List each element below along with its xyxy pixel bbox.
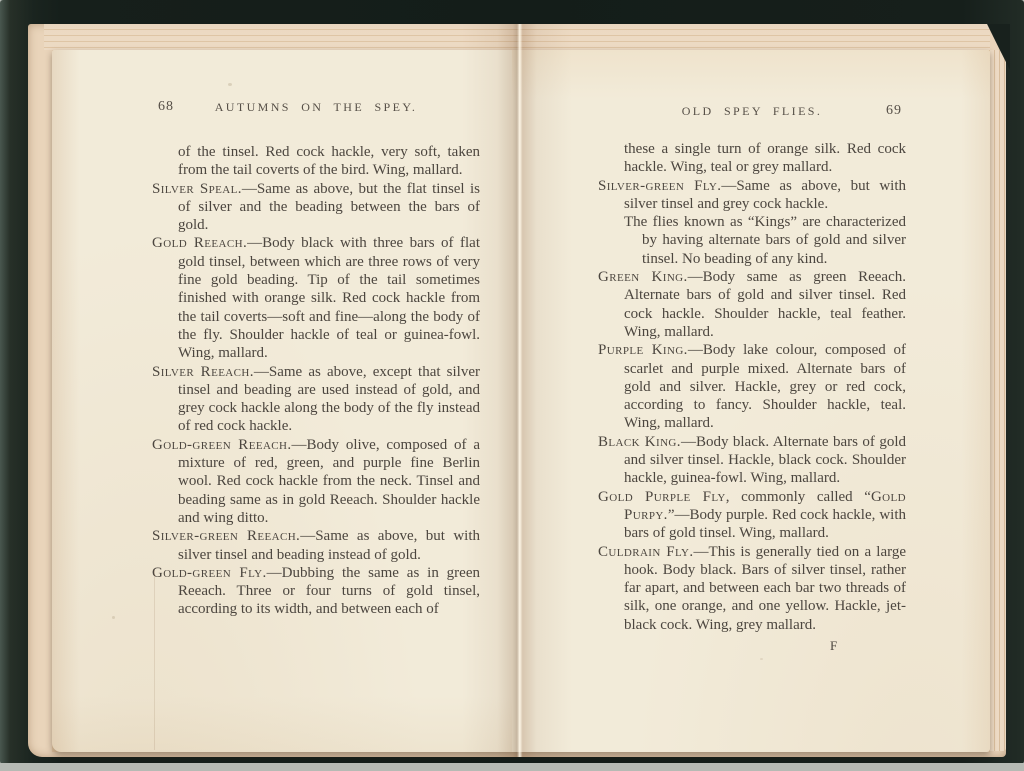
paragraph-text: of the tinsel. Red cock hackle, very sof… — [178, 144, 480, 178]
fly-name: Culdrain Fly. — [598, 544, 694, 560]
paragraph-text: these a single turn of orange silk. Red … — [624, 141, 906, 175]
right-page-body: these a single turn of orange silk. Red … — [598, 140, 906, 654]
fly-entry-purple-king: Purple King.—Body lake colour, composed … — [598, 341, 906, 432]
fly-name: Black King. — [598, 434, 681, 450]
fly-name: Silver Reeach. — [152, 364, 254, 380]
fly-description: , commonly called “ — [726, 489, 871, 505]
fly-name: Silver-green Reeach. — [152, 528, 300, 544]
fly-entry-gold-green-fly: Gold-green Fly.—Dubbing the same as in g… — [152, 564, 480, 619]
right-page-number: 69 — [886, 103, 902, 119]
fly-entry-culdrain-fly: Culdrain Fly.—This is generally tied on … — [598, 543, 906, 634]
fly-entry-silver-reeach: Silver Reeach.—Same as above, except tha… — [152, 363, 480, 436]
right-running-header: OLD SPEY FLIES. 69 — [598, 104, 906, 120]
right-header-title: OLD SPEY FLIES. — [598, 104, 906, 119]
fly-entry-silver-green-reeach: Silver-green Reeach.—Same as above, but … — [152, 527, 480, 564]
fly-entry-silver-speal: Silver Speal.—Same as above, but the fla… — [152, 180, 480, 235]
fly-name: Silver-green Fly. — [598, 178, 721, 194]
fly-name: Silver Speal. — [152, 181, 242, 197]
fly-entry-gold-reeach: Gold Reeach.—Body black with three bars … — [152, 234, 480, 362]
fly-entry-gold-purple-fly: Gold Purple Fly, commonly called “Gold P… — [598, 488, 906, 543]
fly-name: Gold-green Fly. — [152, 565, 267, 581]
left-page-body: of the tinsel. Red cock hackle, very sof… — [152, 143, 480, 619]
fly-name: Gold Reeach. — [152, 235, 247, 251]
fly-name: Green King. — [598, 269, 688, 285]
fly-name: Purple King. — [598, 342, 688, 358]
left-page-number: 68 — [158, 99, 174, 115]
left-page: 68 AUTUMNS ON THE SPEY. of the tinsel. R… — [152, 100, 480, 619]
paragraph-text: The flies known as “Kings” are character… — [624, 214, 906, 267]
book-scan: 68 AUTUMNS ON THE SPEY. of the tinsel. R… — [0, 0, 1024, 771]
left-header-title: AUTUMNS ON THE SPEY. — [152, 100, 480, 115]
signature-mark: F — [830, 638, 906, 654]
fly-name: Gold Purple Fly — [598, 489, 726, 505]
fly-name: Gold-green Reeach. — [152, 437, 292, 453]
right-page: OLD SPEY FLIES. 69 these a single turn o… — [598, 104, 906, 654]
continuation-paragraph: of the tinsel. Red cock hackle, very sof… — [152, 143, 480, 180]
fly-entry-silver-green-fly: Silver-green Fly.—Same as above, but wit… — [598, 177, 906, 214]
left-running-header: 68 AUTUMNS ON THE SPEY. — [152, 100, 480, 116]
fly-entry-green-king: Green King.—Body same as green Reeach. A… — [598, 268, 906, 341]
kings-note-paragraph: The flies known as “Kings” are character… — [598, 213, 906, 268]
fly-entry-black-king: Black King.—Body black. Alternate bars o… — [598, 433, 906, 488]
continuation-paragraph: these a single turn of orange silk. Red … — [598, 140, 906, 177]
scanner-background-strip — [0, 763, 1024, 771]
fly-entry-gold-green-reeach: Gold-green Reeach.—Body olive, composed … — [152, 436, 480, 527]
fly-description: —Body black with three bars of flat gold… — [178, 235, 480, 361]
